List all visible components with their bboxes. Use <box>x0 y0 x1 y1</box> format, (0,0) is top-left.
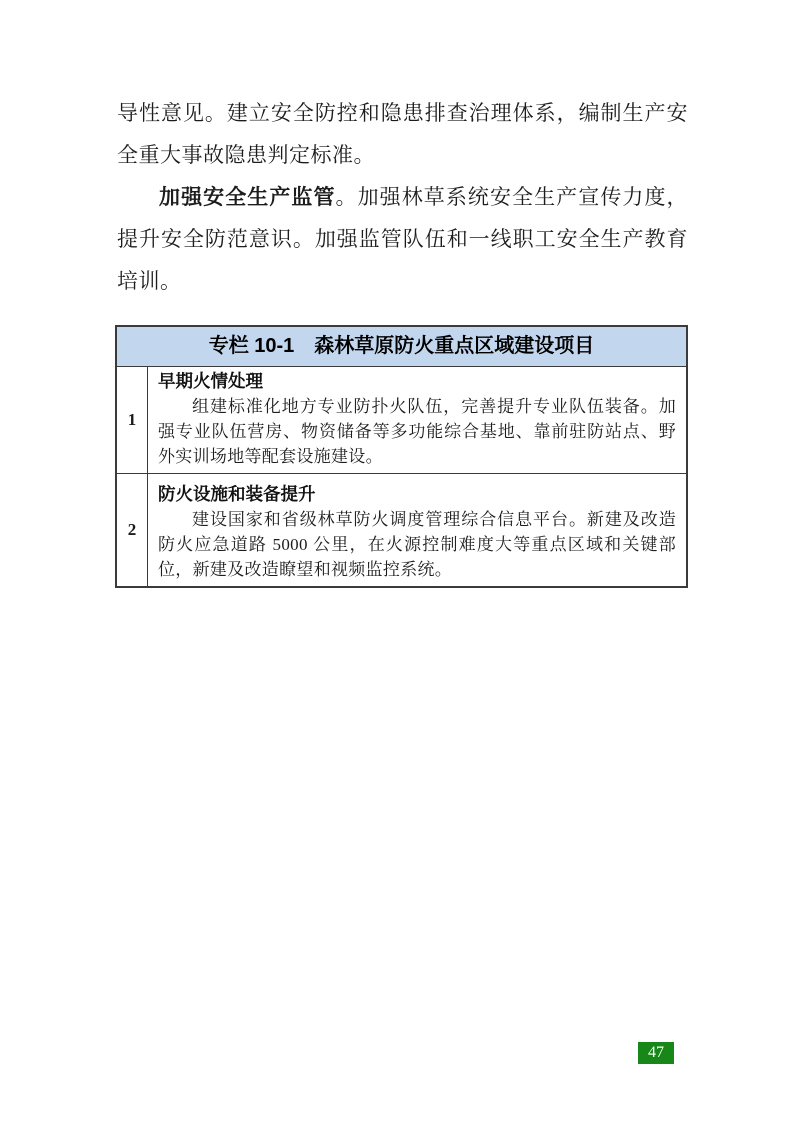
body-text: 导性意见。建立安全防控和隐患排查治理体系，编制生产安全重大事故隐患判定标准。 加… <box>117 92 688 302</box>
row-content: 早期火情处理 组建标准化地方专业防扑火队伍，完善提升专业队伍装备。加强专业队伍营… <box>148 367 686 473</box>
panel-table: 专栏 10-1 森林草原防火重点区域建设项目 1 早期火情处理 组建标准化地方专… <box>115 325 688 588</box>
body-paragraph-2: 加强安全生产监管。加强林草系统安全生产宣传力度，提升安全防范意识。加强监管队伍和… <box>117 176 688 302</box>
row-body: 建设国家和省级林草防火调度管理综合信息平台。新建及改造防火应急道路 5000 公… <box>158 507 676 582</box>
panel-title: 专栏 10-1 森林草原防火重点区域建设项目 <box>117 327 686 367</box>
row-content: 防火设施和装备提升 建设国家和省级林草防火调度管理综合信息平台。新建及改造防火应… <box>148 474 686 586</box>
paragraph-2-bold-lead: 加强安全生产监管 <box>159 185 336 209</box>
table-row: 2 防火设施和装备提升 建设国家和省级林草防火调度管理综合信息平台。新建及改造防… <box>117 474 686 586</box>
row-body: 组建标准化地方专业防扑火队伍，完善提升专业队伍装备。加强专业队伍营房、物资储备等… <box>158 394 676 469</box>
document-page: 导性意见。建立安全防控和隐患排查治理体系，编制生产安全重大事故隐患判定标准。 加… <box>0 0 800 1131</box>
row-number: 2 <box>117 474 148 586</box>
row-title: 防火设施和装备提升 <box>158 482 676 507</box>
row-number: 1 <box>117 367 148 473</box>
body-paragraph-1: 导性意见。建立安全防控和隐患排查治理体系，编制生产安全重大事故隐患判定标准。 <box>117 92 688 176</box>
page-number-badge: 47 <box>638 1042 674 1064</box>
table-row: 1 早期火情处理 组建标准化地方专业防扑火队伍，完善提升专业队伍装备。加强专业队… <box>117 367 686 474</box>
row-title: 早期火情处理 <box>158 369 676 394</box>
